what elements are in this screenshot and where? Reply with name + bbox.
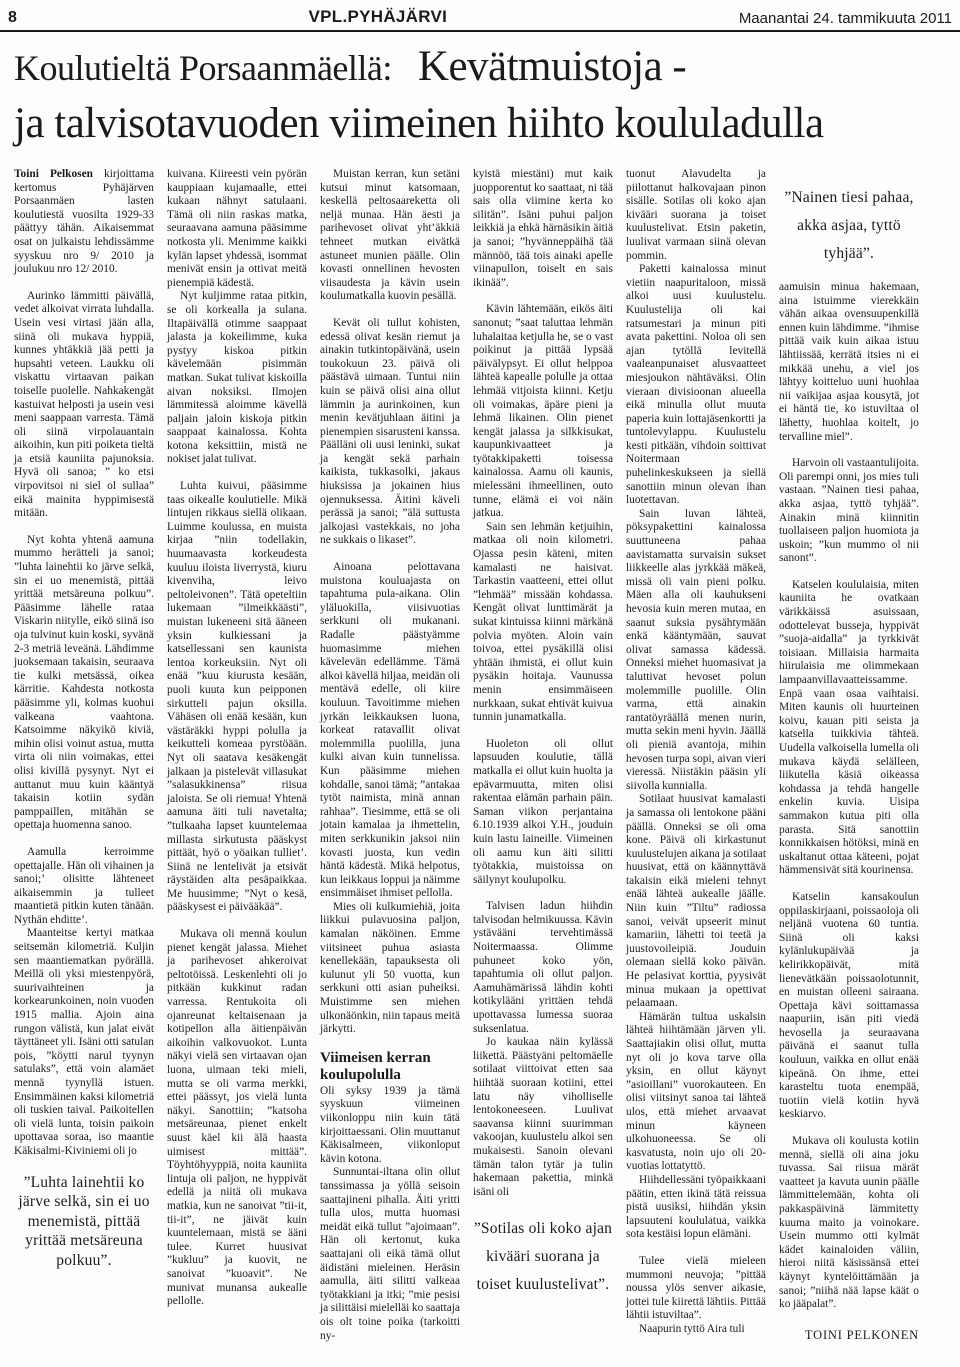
body-paragraph: Mukava oli mennä koulun pienet kengät ja… [167, 928, 307, 1309]
body-paragraph: Sain luvan lähteä, pöksypakettini kainal… [626, 508, 766, 793]
body-paragraph: Harvoin oli vastaantulijoita. Oli paremp… [779, 457, 919, 566]
body-paragraph: Oli syksy 1939 ja tämä syyskuun viimeine… [320, 1085, 460, 1167]
headline-kicker: Koulutieltä Porsaanmäellä: [14, 48, 392, 88]
body-paragraph: aamuisin minua hakemaan, aina istuimme v… [779, 281, 919, 444]
body-paragraph: kuivana. Kiireesti vein pyörän kauppiaan… [167, 168, 307, 290]
body-paragraph: Huoleton oli ollut lapsuuden koulutie, t… [473, 738, 613, 888]
issue-date: Maanantai 24. tammikuuta 2011 [739, 10, 952, 27]
body-paragraph: Nyt kohta yhtenä aamuna mummo herätteli … [14, 534, 154, 833]
author-signature: TOINI PELKONEN [779, 1328, 919, 1343]
body-paragraph: Nyt kuljimme rataa pitkin, se oli korkea… [167, 290, 307, 467]
body-paragraph: Luhta kuivui, pääsimme taas oikealle kou… [167, 480, 307, 915]
page-header: 8 VPL.PYHÄJÄRVI Maanantai 24. tammikuuta… [0, 0, 960, 30]
body-paragraph: Aamulla kerroimme opettajalle. Hän oli v… [14, 846, 154, 928]
headline-title-part1: Kevätmuistoja - [418, 43, 686, 90]
body-paragraph: Katselen koululaisia, miten kauniita he … [779, 579, 919, 878]
body-paragraph: Jo kaukaa näin kylässä liikettä. Päästyä… [473, 1036, 613, 1199]
body-paragraph: Hämärän tultua uskalsin lähteä hiihtämää… [626, 1011, 766, 1174]
body-paragraph: Toini Pelkosen kirjoittama kertomus Pyhä… [14, 168, 154, 277]
article-headline: Koulutieltä Porsaanmäellä:Kevätmuistoja … [0, 32, 960, 154]
pull-quote: ”Luhta lainehtii ko järve selkä, sin ei … [14, 1173, 154, 1271]
body-paragraph: Muistan kerran, kun setäni kutsui minut … [320, 168, 460, 304]
byline-author: Toini Pelkosen [14, 168, 93, 180]
body-paragraph: Naapurin tyttö Aira tuli [626, 1323, 766, 1337]
page-number: 8 [8, 9, 17, 27]
section-subhead: Viimeisen kerran koulupolulla [320, 1050, 460, 1084]
article-column-1: Toini Pelkosen kirjoittama kertomus Pyhä… [14, 168, 154, 1343]
body-paragraph: kyistä miestäni) mut kaik juopporentut k… [473, 168, 613, 290]
body-paragraph: Sunnuntai-iltana olin ollut tanssimassa … [320, 1166, 460, 1343]
body-paragraph: Maanteitse kertyi matkaa seitsemän kilom… [14, 927, 154, 1158]
body-paragraph: Sotilaat huusivat kamalasti ja samassa o… [626, 793, 766, 1011]
body-paragraph: Ainoana pelottavana muistona kouluajasta… [320, 561, 460, 901]
article-column-5: tuonut Alavudelta ja piilottanut halkova… [626, 168, 766, 1343]
body-paragraph: Talvisen ladun hiihdin talvisodan helmik… [473, 900, 613, 1036]
headline-title-part2: ja talvisotavuoden viimeinen hiihto koul… [14, 99, 940, 148]
article-column-3: Muistan kerran, kun setäni kutsui minut … [320, 168, 460, 1343]
body-paragraph: Aurinko lämmitti päivällä, vedet alkoiva… [14, 290, 154, 521]
article-column-2: kuivana. Kiireesti vein pyörän kauppiaan… [167, 168, 307, 1343]
body-paragraph: Mukava oli koulusta kotiin mennä, siellä… [779, 1135, 919, 1312]
body-paragraph: Tulee vielä mieleen mummoni neuvoja; ”pi… [626, 1255, 766, 1323]
body-paragraph: Paketti kainalossa minut vietiin naapuri… [626, 263, 766, 508]
pull-quote: ”Sotilas oli koko ajan kivääri suorana j… [473, 1215, 613, 1299]
article-columns: Toini Pelkosen kirjoittama kertomus Pyhä… [0, 154, 960, 1343]
body-paragraph: Sain sen lehmän ketjuihin, matkaa oli no… [473, 521, 613, 725]
body-paragraph: Katselin kansakoulun oppilaskirjaani, po… [779, 891, 919, 1122]
publication-name: VPL.PYHÄJÄRVI [309, 7, 448, 27]
article-column-6: ”Nainen tiesi pahaa, akka asjaa, tyttö t… [779, 168, 919, 1343]
body-paragraph: Kävin lähtemään, eikös äiti sanonut; ”sa… [473, 303, 613, 521]
body-paragraph: Mies oli kulkumiehiä, joita liikkui pula… [320, 901, 460, 1037]
body-paragraph: Kevät oli tullut kohisten, edessä olivat… [320, 317, 460, 548]
article-column-4: kyistä miestäni) mut kaik juopporentut k… [473, 168, 613, 1343]
body-paragraph: tuonut Alavudelta ja piilottanut halkova… [626, 168, 766, 263]
newspaper-page: 8 VPL.PYHÄJÄRVI Maanantai 24. tammikuuta… [0, 0, 960, 1367]
body-paragraph: Hiihdellessäni työpaikkaani päätin, ette… [626, 1174, 766, 1242]
pull-quote: ”Nainen tiesi pahaa, akka asjaa, tyttö t… [779, 184, 919, 268]
